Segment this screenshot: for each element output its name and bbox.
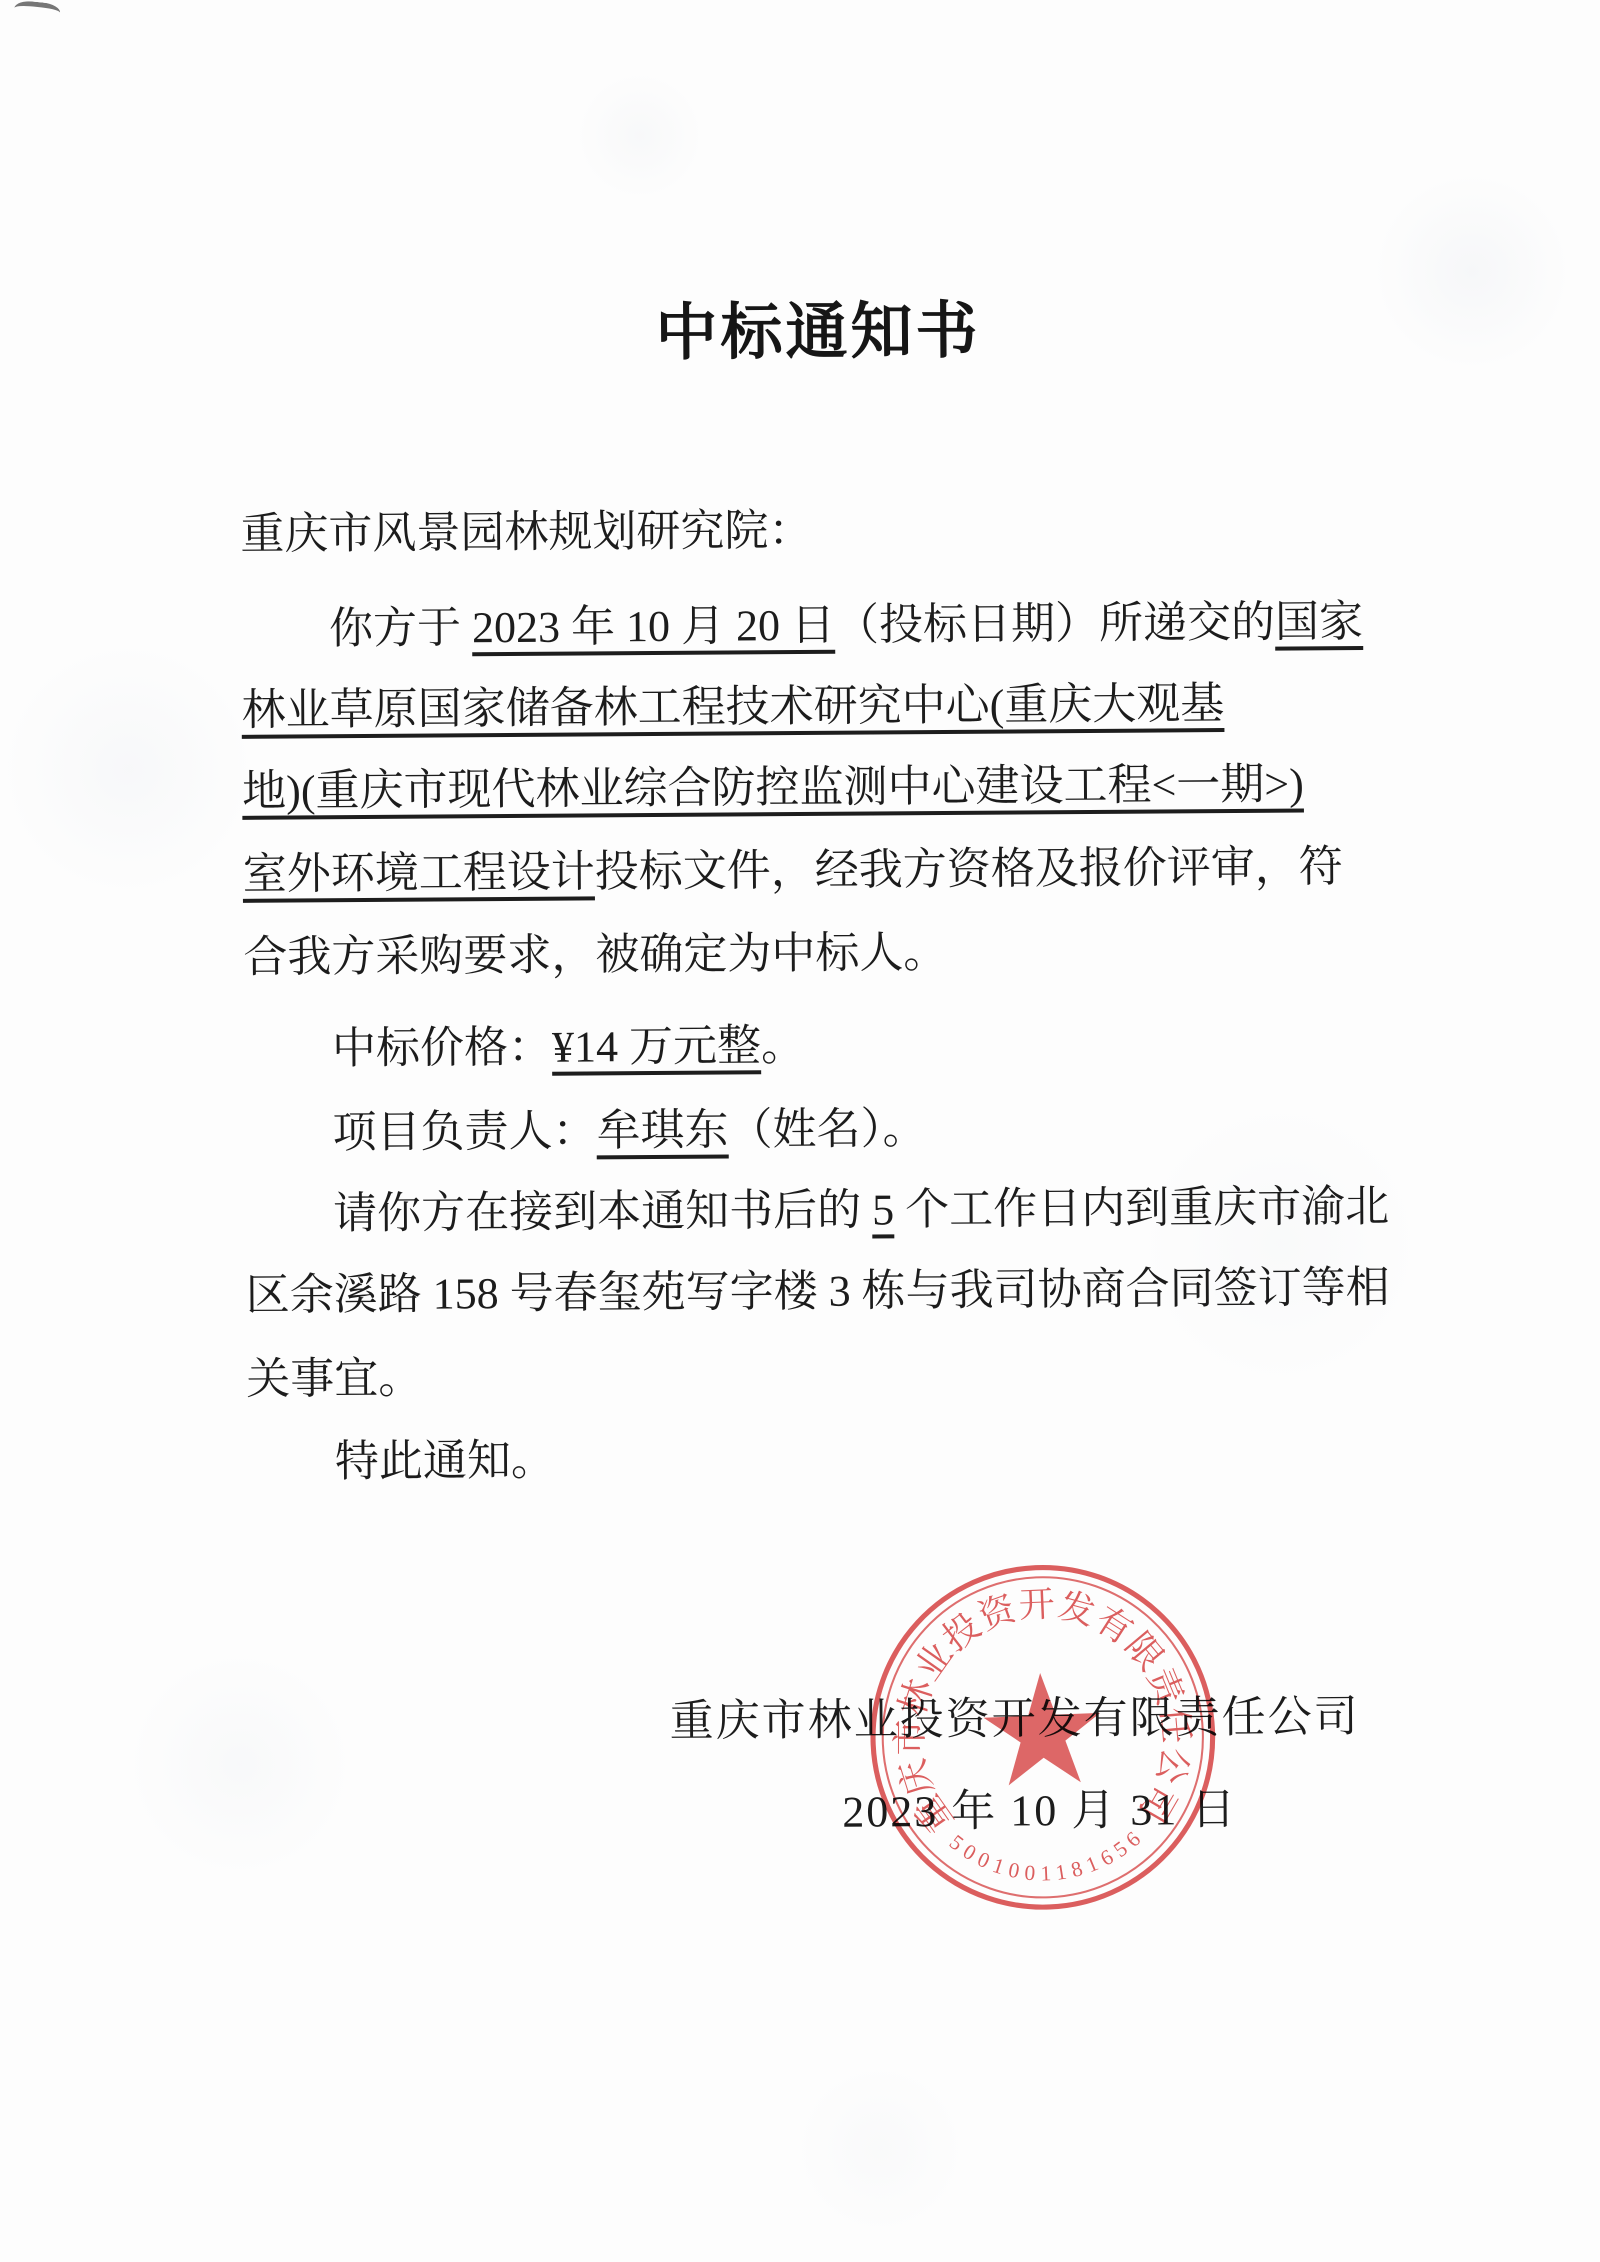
body-line-5: 室外环境工程设计投标文件，经我方资格及报价评审，符 <box>243 841 1423 901</box>
project-name-segment: 林业草原国家储备林工程技术研究中心(重庆大观基 <box>241 679 1224 735</box>
price-line: 中标价格：¥14 万元整。 <box>244 1015 1512 1076</box>
text-segment: 重庆市风景园林规划研究院： <box>240 506 812 559</box>
text-segment: 请你方在接到本通知书后的 <box>333 1186 872 1239</box>
text-segment: 特此通知。 <box>335 1436 555 1487</box>
price-value: ¥14 万元整 <box>552 1021 761 1071</box>
body-line-2: 你方于 2023 年 10 月 20 日（投标日期）所递交的国家 <box>241 595 1509 656</box>
notice-of-award-document: 中标通知书 重庆市风景园林规划研究院： 你方于 2023 年 10 月 20 日… <box>0 0 1600 2262</box>
project-name-end: 室外环境工程设计 <box>243 847 595 898</box>
bid-date-value: 2023 年 10 月 20 日 <box>472 601 835 653</box>
text-segment: （投标日期）所递交的 <box>835 598 1275 650</box>
text-segment: 你方于 <box>329 603 472 653</box>
svg-text:5001001181656: 5001001181656 <box>944 1822 1151 1890</box>
manager-label: 项目负责人： <box>332 1106 596 1157</box>
text-segment: 。 <box>761 1021 805 1070</box>
text-segment: （姓名）。 <box>728 1104 926 1154</box>
project-name-segment: 地)(重庆市现代林业综合防控监测中心建设工程<一期>) <box>242 759 1304 815</box>
text-segment: 关事宜。 <box>246 1354 422 1404</box>
page-title: 中标通知书 <box>118 277 1519 376</box>
text-segment: 区余溪路 158 号春玺苑写字楼 3 栋与我司协商合同签订等相 <box>246 1263 1390 1320</box>
body-line-4: 地)(重庆市现代林业综合防控监测中心建设工程<一期>) <box>242 758 1422 818</box>
body-line-9: 请你方在接到本通知书后的 5 个工作日内到重庆市渝北 <box>245 1180 1513 1241</box>
project-name-start: 国家 <box>1275 597 1363 647</box>
official-seal-stamp: 重庆市林业投资开发有限责任公司 5001001181656 <box>856 1551 1229 1924</box>
recipient-line: 重庆市风景园林规划研究院： <box>240 501 1420 561</box>
closing-line: 特此通知。 <box>247 1428 1515 1489</box>
scanned-content: 中标通知书 重庆市风景园林规划研究院： 你方于 2023 年 10 月 20 日… <box>0 0 1600 2262</box>
body-line-10: 区余溪路 158 号春玺苑写字楼 3 栋与我司协商合同签订等相 <box>246 1262 1426 1322</box>
text-segment: 个工作日内到重庆市渝北 <box>894 1182 1389 1234</box>
seal-serial-number: 5001001181656 <box>944 1822 1151 1890</box>
working-days-value: 5 <box>872 1185 894 1234</box>
body-line-6: 合我方采购要求，被确定为中标人。 <box>243 924 1423 984</box>
seal-graphic: 重庆市林业投资开发有限责任公司 5001001181656 <box>856 1551 1229 1924</box>
red-star-icon <box>982 1670 1103 1786</box>
text-segment: 合我方采购要求，被确定为中标人。 <box>243 928 947 982</box>
body-line-11: 关事宜。 <box>246 1346 1426 1406</box>
manager-line: 项目负责人：牟琪东（姓名）。 <box>244 1099 1512 1160</box>
manager-name-value: 牟琪东 <box>596 1106 728 1156</box>
price-label: 中标价格： <box>332 1023 552 1074</box>
body-line-3: 林业草原国家储备林工程技术研究中心(重庆大观基 <box>241 677 1421 737</box>
text-segment: 投标文件，经我方资格及报价评审，符 <box>595 842 1343 896</box>
